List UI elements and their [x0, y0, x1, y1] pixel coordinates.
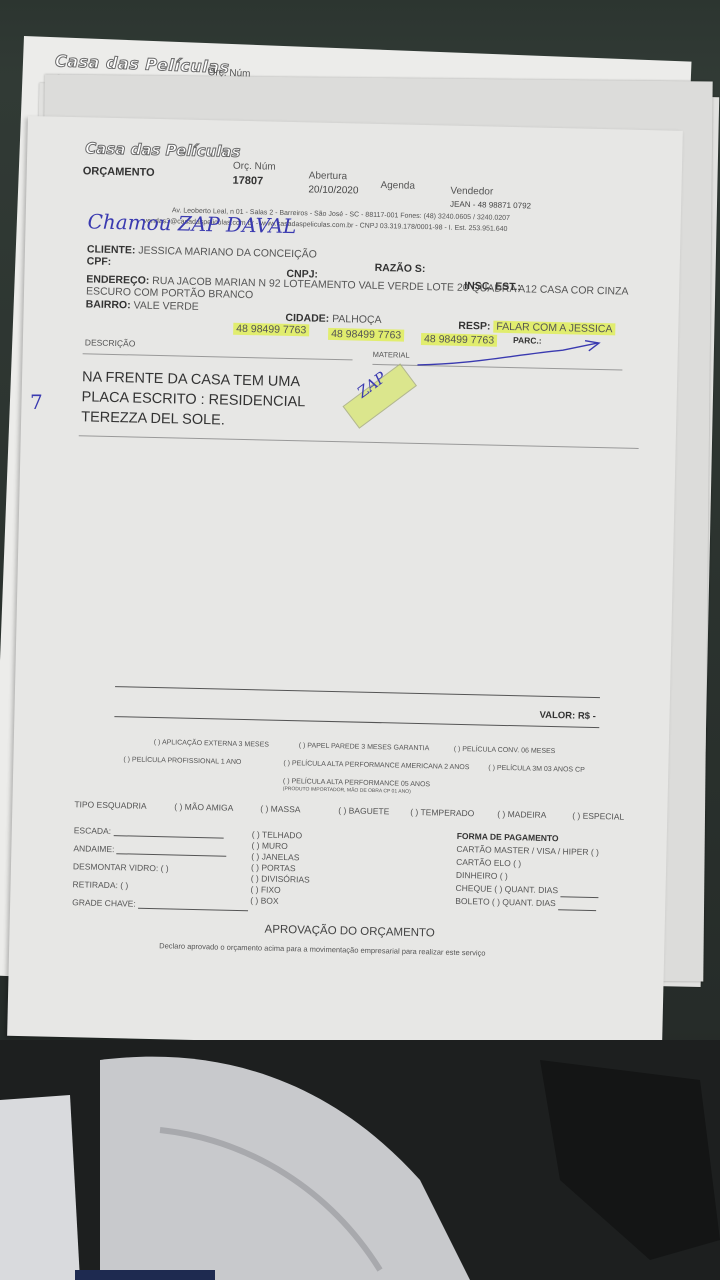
option-pelicula-americana[interactable]: ( ) PELÍCULA ALTA PERFORMANCE AMERICANA … [283, 760, 469, 771]
margin-mark: 7 [30, 390, 43, 414]
handwritten-arrow-icon [412, 333, 613, 378]
aprovacao-title: APROVAÇÃO DO ORÇAMENTO [264, 924, 434, 940]
option-pelicula-profissional[interactable]: ( ) PELÍCULA PROFISSIONAL 1 ANO [123, 756, 241, 766]
option-aplicacao-externa[interactable]: ( ) APLICAÇÃO EXTERNA 3 MESES [154, 739, 269, 749]
pag-cheque[interactable]: CHEQUE ( ) QUANT. DIAS [455, 883, 558, 895]
vendedor-label: Vendedor [450, 186, 493, 198]
cidade-label: CIDADE: [285, 312, 329, 325]
divider [79, 435, 639, 449]
divider [114, 716, 599, 728]
desmontar-vidro[interactable]: DESMONTAR VIDRO: ( ) [73, 861, 169, 873]
cidade: PALHOÇA [332, 313, 382, 326]
company-logo: Casa das Películas [85, 139, 241, 161]
esquadria-baguete[interactable]: ( ) BAGUETE [338, 805, 389, 816]
esquadria-massa[interactable]: ( ) MASSA [260, 803, 300, 814]
descricao-text: NA FRENTE DA CASA TEM UMA PLACA ESCRITO … [81, 367, 306, 432]
resp-label: RESP: [458, 320, 490, 333]
local-box[interactable]: ( ) BOX [250, 895, 309, 907]
divider [83, 353, 353, 360]
andaime-field[interactable] [117, 845, 227, 856]
andaime-label: ANDAIME: [73, 843, 114, 854]
cliente-label: CLIENTE: [87, 243, 136, 256]
resp: FALAR COM A JESSICA [493, 321, 615, 336]
razao-label: RAZÃO S: [375, 262, 426, 275]
esquadria-label: TIPO ESQUADRIA [74, 799, 146, 811]
orc-num: 17807 [232, 175, 263, 188]
handwritten-note: Chamou ZAP DAVAL [87, 209, 296, 238]
doc-type: ORÇAMENTO [83, 165, 155, 179]
orc-num-label: Orç. Núm [233, 161, 276, 173]
bairro-label: BAIRRO: [86, 298, 131, 311]
cliente-name: JESSICA MARIANO DA CONCEIÇÃO [138, 245, 317, 261]
grade-chave-field[interactable] [138, 900, 248, 911]
aprovacao-text: Declaro aprovado o orçamento acima para … [159, 941, 486, 957]
front-quote-sheet: Casa das Películas ORÇAMENTO Orç. Núm 17… [7, 116, 683, 1051]
material-label: MATERIAL [373, 350, 410, 360]
abertura-date: 20/10/2020 [308, 184, 358, 196]
option-pelicula-3m[interactable]: ( ) PELÍCULA 3M 03 ANOS CP [488, 765, 585, 774]
esquadria-temperado[interactable]: ( ) TEMPERADO [410, 807, 474, 818]
pag-boleto[interactable]: BOLETO ( ) QUANT. DIAS [455, 896, 556, 908]
phone-1: 48 98499 7763 [233, 323, 309, 337]
boleto-dias-field[interactable] [558, 901, 596, 911]
person-lap-photo [0, 1040, 720, 1280]
option-papel-parede[interactable]: ( ) PAPEL PAREDE 3 MESES GARANTIA [299, 742, 430, 752]
local-options: ( ) TELHADO ( ) MURO ( ) JANELAS ( ) POR… [250, 829, 311, 907]
descricao-label: DESCRIÇÃO [85, 337, 136, 348]
grade-chave-label: GRADE CHAVE: [72, 897, 136, 908]
retirada[interactable]: RETIRADA: ( ) [72, 879, 128, 890]
insc-est-label: INSC. EST.: [464, 280, 521, 293]
cpf-label: CPF: [87, 255, 112, 268]
vendedor: JEAN - 48 98871 0792 [450, 200, 531, 211]
esquadria-especial[interactable]: ( ) ESPECIAL [572, 811, 624, 822]
escada-field[interactable] [113, 827, 223, 838]
bairro: VALE VERDE [133, 299, 198, 312]
abertura-label: Abertura [309, 170, 348, 182]
divider [115, 686, 600, 698]
escada-label: ESCADA: [74, 825, 112, 836]
option-pelicula-conv[interactable]: ( ) PELÍCULA CONV. 06 MESES [454, 746, 556, 755]
pagamento-section: FORMA DE PAGAMENTO CARTÃO MASTER / VISA … [455, 830, 600, 911]
esquadria-mao-amiga[interactable]: ( ) MÃO AMIGA [174, 801, 233, 812]
valor-label: VALOR: R$ - [539, 710, 596, 722]
phone-2: 48 98499 7763 [328, 328, 404, 342]
agenda-label: Agenda [380, 180, 415, 192]
company-logo: Casa das Películas [55, 51, 230, 77]
esquadria-madeira[interactable]: ( ) MADEIRA [497, 809, 546, 820]
